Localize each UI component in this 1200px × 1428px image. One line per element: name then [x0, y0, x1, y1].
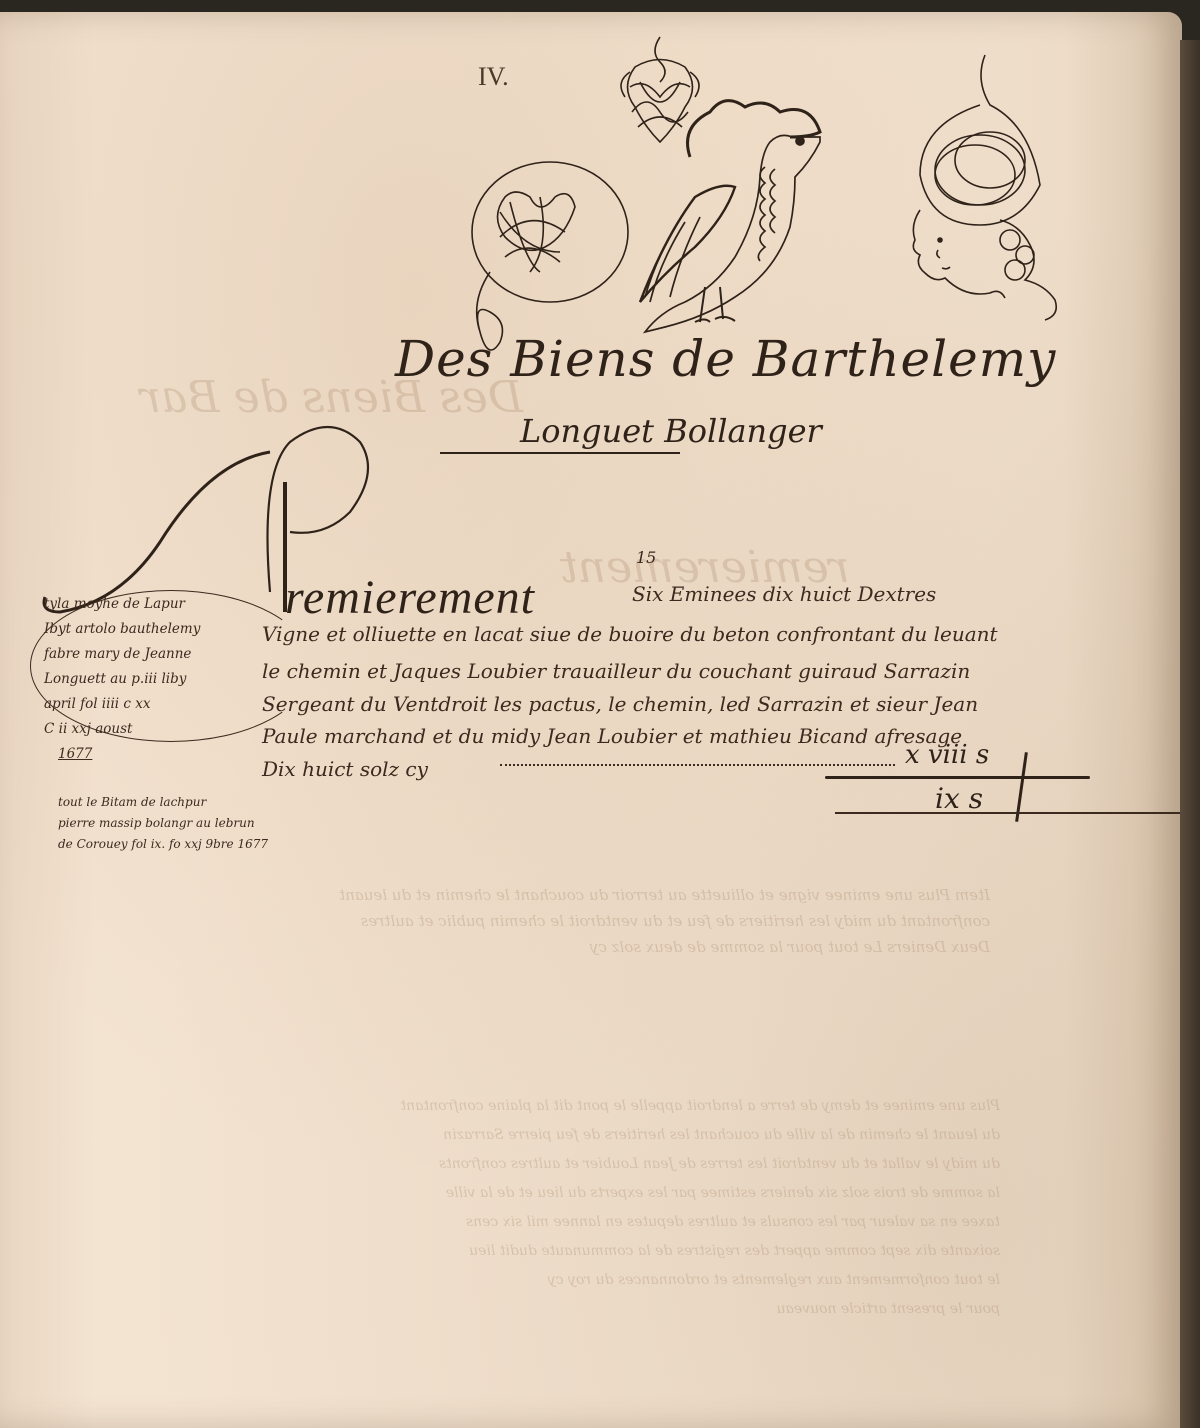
margin-note-2-line: de Corouey fol ix. fo xxj 9bre 1677 — [58, 834, 438, 855]
entry-total: ix s — [935, 782, 983, 815]
page-title-line2: Longuet Bollanger — [520, 412, 822, 450]
entry-heading: P remierement — [285, 570, 535, 625]
total-rule — [835, 812, 1180, 814]
manuscript-page: Des Biens de Bar remierement Item Plus u… — [0, 12, 1182, 1428]
margin-note-2-line: pierre massip bolangr au lebrun — [58, 813, 438, 834]
entry-amount: x viii s — [905, 740, 989, 770]
margin-note-1-line: Longuett au p.iii liby — [44, 667, 274, 692]
calligraphic-woman-head — [900, 50, 1090, 320]
entry-superscript: 15 — [636, 548, 656, 567]
bleed-through-paragraph: Item Plus une eminee vigne et olliuette … — [170, 882, 990, 960]
entry-line-1: Six Eminees dix huict Dextres — [632, 582, 936, 606]
margin-note-1-line: 1677 — [44, 742, 274, 767]
entry-line-6: Dix huict solz cy — [262, 757, 428, 781]
margin-note-2-line: tout le Bitam de lachpur — [58, 792, 438, 813]
entry-heading-word: remierement — [285, 571, 535, 624]
page-title-line1: Des Biens de Barthelemy — [395, 330, 1056, 388]
margin-note-1-line: tyla moyhe de Lapur — [44, 592, 274, 617]
entry-line-4: Sergeant du Ventdroit les pactus, le che… — [262, 692, 978, 716]
bleed-through-paragraph-2: Plus une eminee et demy de terre a lendr… — [160, 1092, 1000, 1324]
margin-note-1-line: Ibyt artolo bauthelemy — [44, 617, 274, 642]
entry-line-2: Vigne et olliuette en lacat siue de buoi… — [262, 622, 998, 646]
margin-note-1-line: fabre mary de Jeanne — [44, 642, 274, 667]
margin-note-1-line: april fol iiii c xx — [44, 692, 274, 717]
margin-note-1-line: C ii xxj aoust — [44, 717, 274, 742]
entry-line-5: Paule marchand et du midy Jean Loubier e… — [262, 724, 962, 748]
leader-dots — [500, 764, 895, 766]
margin-note-2: tout le Bitam de lachpur pierre massip b… — [58, 792, 438, 855]
calligraphic-bird — [615, 97, 875, 337]
folio-number: IV. — [478, 62, 509, 92]
entry-line-3: le chemin et Jaques Loubier trauailleur … — [262, 659, 970, 683]
margin-note-1: tyla moyhe de Lapur Ibyt artolo bauthele… — [44, 592, 274, 767]
book-page-edge — [1180, 40, 1200, 1428]
title-underline — [440, 452, 680, 454]
sum-rule — [825, 776, 1090, 779]
